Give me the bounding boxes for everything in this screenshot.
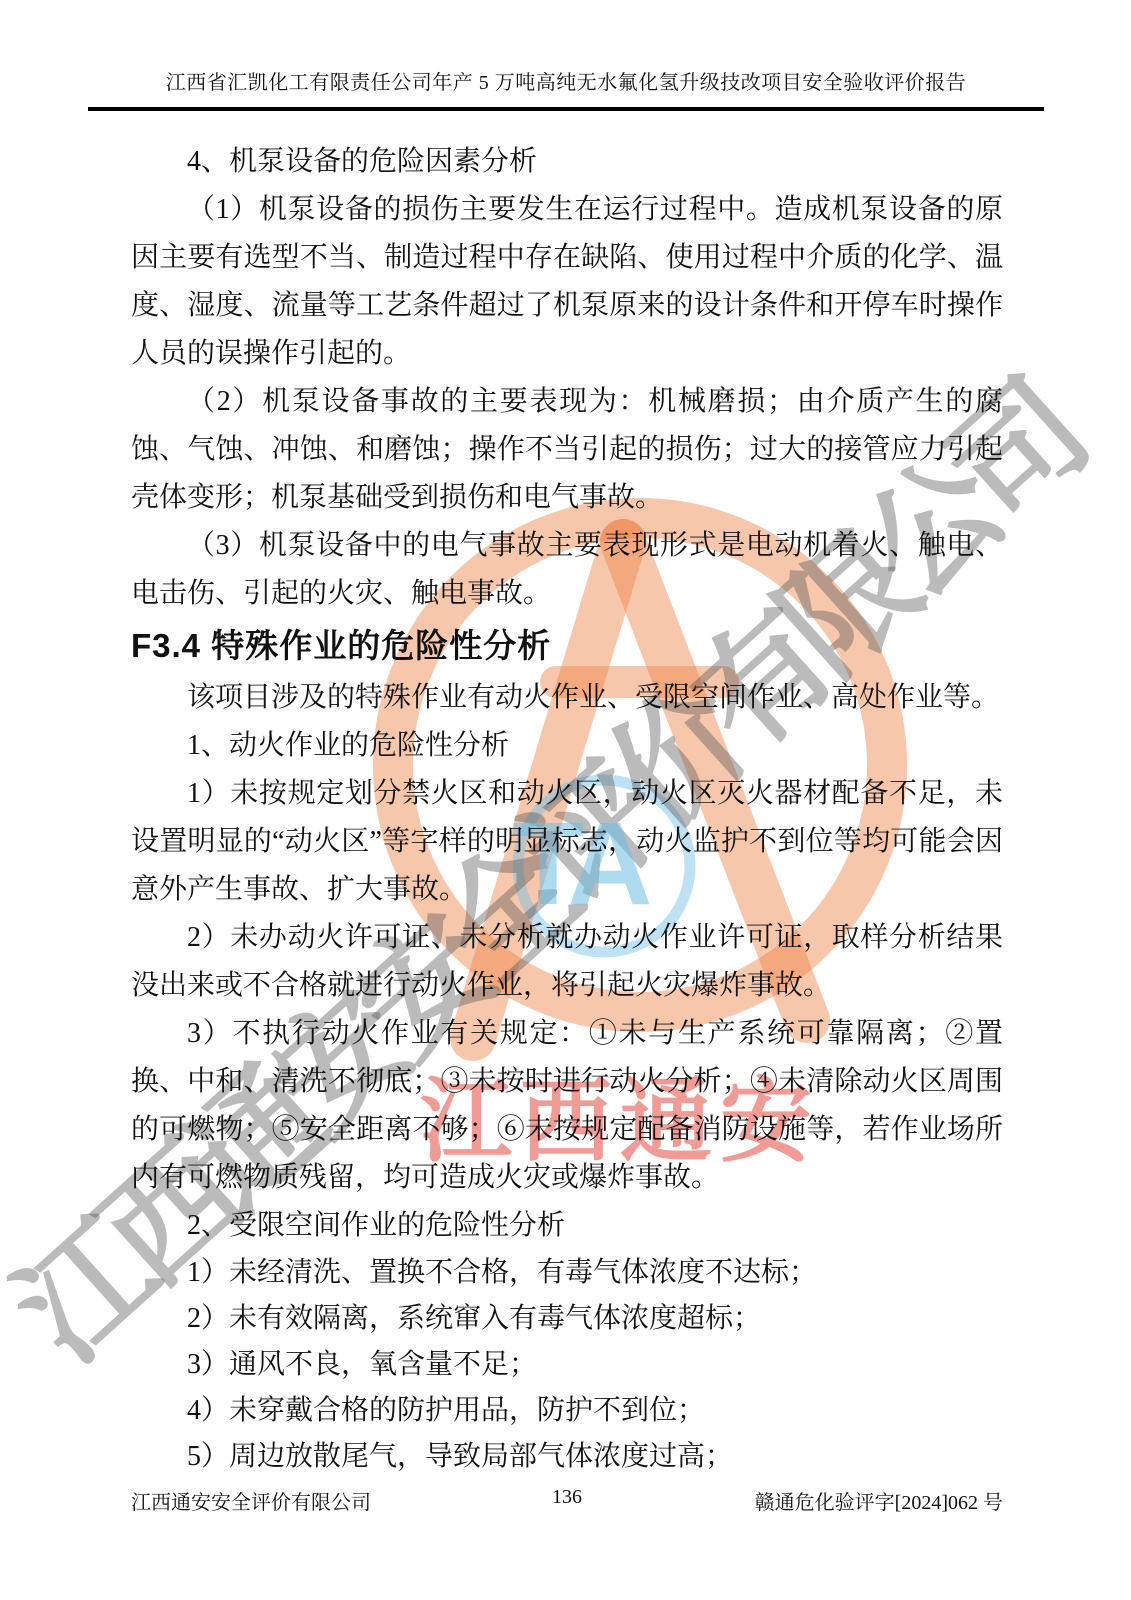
list-item: 2）未有效隔离，系统窜入有毒气体浓度超标； [131,1296,1003,1342]
document-body: 4、机泵设备的危险因素分析 （1）机泵设备的损伤主要发生在运行过程中。造成机泵设… [131,138,1003,1480]
subsection-heading: 1、动火作业的危险性分析 [131,722,1003,770]
paragraph: （3）机泵设备中的电气事故主要表现形式是电动机着火、触电、电击伤、引起的火灾、触… [131,522,1003,618]
header-title: 江西省汇凯化工有限责任公司年产 5 万吨高纯无水氟化氢升级技改项目安全验收评价报… [166,72,967,94]
footer-page-number: 136 [131,1486,1003,1509]
subsection-heading: 4、机泵设备的危险因素分析 [131,138,1003,186]
paragraph: （2）机泵设备事故的主要表现为：机械磨损；由介质产生的腐蚀、气蚀、冲蚀、和磨蚀；… [131,378,1003,522]
paragraph: （1）机泵设备的损伤主要发生在运行过程中。造成机泵设备的原因主要有选型不当、制造… [131,186,1003,378]
list-item: 5）周边放散尾气，导致局部气体浓度过高； [131,1434,1003,1480]
section-heading: F3.4 特殊作业的危险性分析 [131,618,1003,674]
paragraph: 1）未按规定划分禁火区和动火区，动火区灭火器材配备不足，未设置明显的“动火区”等… [131,770,1003,914]
page-footer: 136 江西通安安全评价有限公司 赣通危化验评字[2024]062 号 [131,1486,1003,1515]
page-header: 江西省汇凯化工有限责任公司年产 5 万吨高纯无水氟化氢升级技改项目安全验收评价报… [88,66,1044,111]
list-item: 3）通风不良，氧含量不足； [131,1342,1003,1388]
paragraph: 2）未办动火许可证、未分析就办动火作业许可证，取样分析结果没出来或不合格就进行动… [131,914,1003,1010]
list-item: 4）未穿戴合格的防护用品，防护不到位； [131,1388,1003,1434]
paragraph: 该项目涉及的特殊作业有动火作业、受限空间作业、高处作业等。 [131,674,1003,722]
list-item: 1）未经清洗、置换不合格，有毒气体浓度不达标； [131,1250,1003,1296]
report-page: 江西通安安全评价有限公司 TA 江西通安 江西省汇凯化工有限责任公司年产 5 万… [0,0,1131,1600]
paragraph: 3）不执行动火作业有关规定：①未与生产系统可靠隔离；②置换、中和、清洗不彻底；③… [131,1010,1003,1202]
subsection-heading: 2、受限空间作业的危险性分析 [131,1202,1003,1250]
